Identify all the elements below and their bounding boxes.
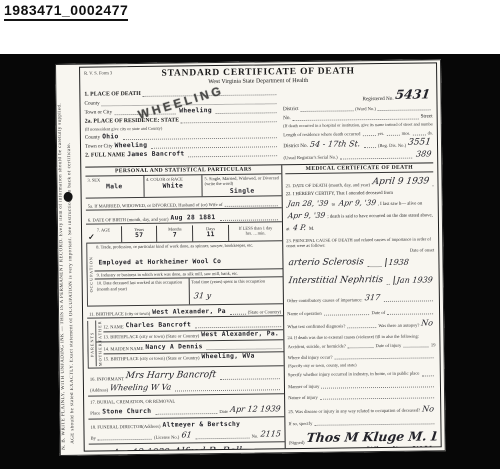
signed-label: (Signed) xyxy=(289,440,305,445)
father-side-label: FATHER xyxy=(95,320,103,342)
birthplace-sub: (State or Country) xyxy=(248,309,281,314)
dotted-leader xyxy=(230,307,246,314)
scanned-death-certificate: 1983471_0002477 N. B. WRITE PLAINLY, WIT… xyxy=(0,0,500,469)
years-value: 57 xyxy=(126,232,153,239)
nonresident-note: (If nonresident give city or state and C… xyxy=(85,124,279,131)
accident-label: Accident, suicide, or homicide? xyxy=(288,343,346,349)
scan-background: N. B. WRITE PLAINLY, WITH UNFADING INK —… xyxy=(0,54,500,469)
county-label: County xyxy=(85,134,100,140)
dotted-leader xyxy=(324,308,370,316)
autopsy-label: Was there an autopsy? xyxy=(378,322,419,328)
burial-date-value: Apr 12 1939 xyxy=(229,404,281,414)
dotted-leader xyxy=(362,129,375,136)
spouse-label: 5a. If MARRIED, WIDOWED, or DIVORCED, Hu… xyxy=(88,202,223,209)
occupation-relation-row: 25. Was disease or injury in any way rel… xyxy=(288,404,436,415)
dotted-leader xyxy=(151,140,277,149)
manner-label: Manner of injury xyxy=(288,384,319,389)
dotted-leader xyxy=(412,128,425,135)
full-name-value: James Bancroft xyxy=(127,150,184,158)
months-value: 7 xyxy=(162,231,189,238)
last-worked-label: 10. Date deceased last worked at this oc… xyxy=(95,279,189,305)
birthplace-value: West Alexander, Pa xyxy=(152,308,226,316)
physician-signature: Thos M Kluge M. D. xyxy=(306,428,437,445)
cause-1-text: arterio Sclerosis xyxy=(288,257,365,268)
residence-row: 2a. PLACE OF RESIDENCE: STATE xyxy=(85,115,279,124)
age-cell: 7. AGE ✓ xyxy=(86,226,122,243)
hrs-min-labels: hrs. …min. xyxy=(231,230,280,236)
dotted-leader xyxy=(321,380,434,388)
mother-content: 14. MAIDEN NAME Nancy A Dennis 15. BIRTH… xyxy=(103,340,283,366)
contributory-label: Other contributory causes of importance: xyxy=(287,297,363,303)
occupation-side-label: OCCUPATION xyxy=(86,243,95,305)
personal-column: PERSONAL AND STATISTICAL PARTICULARS 3. … xyxy=(85,165,286,451)
street-label: Street xyxy=(421,113,433,119)
director-no-value: 2115 xyxy=(260,429,282,438)
informant-address-value: Wheeling W Va xyxy=(110,383,173,393)
full-name-label: 2. FULL NAME xyxy=(85,152,125,158)
parents-block: PARENTS FATHER 12. NAME Charles Bancroft xyxy=(87,318,284,369)
color-value: White xyxy=(148,183,198,191)
relation-value: No xyxy=(422,404,435,413)
signed-row: (Signed) Thos M Kluge M. D. xyxy=(289,428,437,445)
license-value: 61 xyxy=(181,430,192,439)
serial-label: (Usual Registrar's Serial No.) xyxy=(284,155,338,161)
dotted-leader xyxy=(220,372,280,380)
residence-county-row: County Ohio xyxy=(85,131,279,140)
filed-date-value: Apr 12 1939 xyxy=(112,448,170,452)
operation-row: Name of operation Date of xyxy=(287,307,435,316)
burial-values-row: Place Stone Church Date Apr 12 1939 xyxy=(90,404,282,415)
date-of-death-row: 21. DATE OF DEATH (month, day, and year)… xyxy=(286,176,434,188)
dob-value: Aug 28 1881 xyxy=(170,214,215,222)
dotted-leader xyxy=(403,340,429,347)
residence-town-value: Wheeling xyxy=(115,142,148,149)
father-birthplace-label: 13. BIRTHPLACE (city or town) (State or … xyxy=(103,333,199,339)
informant-row: 16. INFORMANT Mrs Harry Bancroft xyxy=(90,369,282,381)
by-label: By xyxy=(91,436,96,441)
certify-paragraph: 22. I HEREBY CERTIFY, That I attended de… xyxy=(286,189,434,233)
license-label: (License No.) xyxy=(154,435,179,440)
father-group: FATHER 12. NAME Charles Bancroft xyxy=(95,318,283,342)
onset-header-row: Date of onset xyxy=(286,247,434,254)
years-cell: Years 57 xyxy=(122,225,158,242)
onset-label: Date of onset xyxy=(410,247,435,252)
certify-text2: I last saw h— alive on xyxy=(380,202,422,208)
serial-no-row: (Usual Registrar's Serial No.) 389 xyxy=(283,149,433,160)
dotted-leader xyxy=(347,321,376,328)
dotted-leader xyxy=(368,260,382,267)
yrs-label: yrs. xyxy=(378,131,385,136)
burial-label-row: 17. BURIAL, CREMATION, OR REMOVAL xyxy=(90,397,282,404)
residence-county-value: Ohio xyxy=(102,133,118,140)
registrar-signature: Alfred R. Bell xyxy=(173,446,242,452)
dotted-leader xyxy=(181,115,277,123)
dotted-leader xyxy=(207,342,282,350)
dotted-leader xyxy=(216,106,277,114)
dotted-leader xyxy=(387,307,433,315)
trade-value-row: Employed at Horkheimer Wool Co xyxy=(94,248,282,270)
color-cell: 4. COLOR or RACE White xyxy=(144,175,203,196)
form-number: R. V. S. Form 3 xyxy=(84,70,112,75)
marital-cell: 5. Single, Married, Widowed, or Divorced… xyxy=(202,174,281,196)
town-label: Town or City xyxy=(85,109,113,115)
director-address-label: (Address) xyxy=(142,424,160,429)
certify-from-value: Jan 28, '39 xyxy=(287,198,329,210)
test-label: What test confirmed diagnosis? xyxy=(287,323,345,329)
dotted-leader xyxy=(340,152,412,160)
total-time-label: Total time (years) spent in this occupat… xyxy=(191,279,281,285)
dotted-leader xyxy=(195,320,281,328)
sex-color-marital-block: 3. SEX Male 4. COLOR or RACE White 5. Si… xyxy=(85,174,281,198)
top-right-column: Registered No. 5431 District (Ward No.) … xyxy=(283,84,434,162)
cause-line-1: arterio Sclerosis 1938 xyxy=(286,256,434,268)
informant-address-row: (Address) Wheeling W Va xyxy=(90,381,282,392)
registered-no-label: Registered No. xyxy=(362,96,393,102)
specify-note: (Specify city or town, county, and state… xyxy=(288,361,436,368)
cause-2-date: Jan 1939 xyxy=(394,275,434,284)
sex-label: 3. SEX xyxy=(87,177,141,183)
serial-value: 389 xyxy=(415,149,431,158)
certify-to-value: Apr 9, '39 xyxy=(338,197,377,209)
filed-block: 19. FILED Apr 12 1939 Alfred R. Bell Reg… xyxy=(89,444,285,451)
manner-row: Manner of injury xyxy=(288,380,436,389)
birthplace-row: 11. BIRTHPLACE (city or town) West Alexa… xyxy=(87,306,283,318)
signature-block: (Signed) Thos M Kluge M. D. Address Whee… xyxy=(289,426,437,451)
dotted-leader xyxy=(314,417,434,425)
sex-cell: 3. SEX Male xyxy=(85,176,144,197)
occupation-block: OCCUPATION 8. Trade, profession, or part… xyxy=(86,241,283,306)
days-cell: Days 11 xyxy=(193,224,229,241)
dotted-leader xyxy=(386,129,399,136)
cause-code: 317 xyxy=(364,293,380,302)
marital-value: Single xyxy=(207,187,278,195)
funeral-director-block: 18. FUNERAL DIRECTOR (Address) Altmeyer … xyxy=(88,417,284,444)
certificate-form: R. V. S. Form 3 STANDARD CERTIFICATE OF … xyxy=(79,62,442,451)
mother-name-value: Nancy A Dennis xyxy=(145,343,202,351)
date-of-death-label: 21. DATE OF DEATH (month, day, and year) xyxy=(286,182,370,188)
director-value: Altmeyer & Bertschy xyxy=(162,421,240,429)
dob-label: 6. DATE OF BIRTH (month, day, and year) xyxy=(88,216,169,222)
cause-line-2: Interstitial Nephritis Jan 1939 xyxy=(287,274,435,286)
district-no-label: District No. xyxy=(283,143,308,149)
where-injury-row: Where did injury occur? xyxy=(288,351,436,360)
dotted-leader xyxy=(378,103,431,111)
town-label: Town or City xyxy=(85,143,113,149)
registered-no-value: 5431 xyxy=(395,86,432,101)
operation-date-label: Date of xyxy=(371,310,385,315)
medical-title: MEDICAL CERTIFICATE OF DEATH xyxy=(285,163,433,174)
mos-label: mos. xyxy=(402,131,411,136)
registered-no-row: Registered No. 5431 xyxy=(283,86,433,103)
dotted-leader xyxy=(421,369,434,376)
dotted-leader xyxy=(306,449,362,451)
injury-date-label: Date of injury xyxy=(375,343,401,348)
check-mark: ✓ xyxy=(88,232,119,241)
place-of-death-label: 1. PLACE OF DEATH xyxy=(84,91,140,98)
color-label: 4. COLOR or RACE xyxy=(146,176,200,182)
medical-column: MEDICAL CERTIFICATE OF DEATH 21. DATE OF… xyxy=(282,163,436,451)
total-time-value: 31 y xyxy=(193,291,211,300)
father-name-row: 12. NAME Charles Bancroft xyxy=(103,320,283,329)
last-worked-row: 10. Date deceased last worked at this oc… xyxy=(95,277,283,306)
dotted-leader xyxy=(188,149,277,157)
hrs-label: hrs. xyxy=(246,230,253,235)
marital-label: 5. Single, Married, Widowed, or Divorced… xyxy=(205,175,280,186)
cause-2-text: Interstitial Nephritis xyxy=(288,275,384,286)
top-section: WHEELING 1. PLACE OF DEATH County Town o… xyxy=(84,84,433,164)
operation-name-label: Name of operation xyxy=(287,310,322,315)
father-birthplace-row: 13. BIRTHPLACE (city or town) (State or … xyxy=(103,329,283,339)
place-kind-label: Specify whether injury occurred in indus… xyxy=(288,371,420,378)
mother-birthplace-label: 15. BIRTHPLACE (city or town) (State or … xyxy=(104,355,200,361)
burial-place-value: Stone Church xyxy=(102,408,151,416)
reg-dis-value: 3551 xyxy=(407,137,431,147)
dotted-leader xyxy=(348,341,374,348)
informant-label: 16. INFORMANT xyxy=(90,376,124,381)
director-license-row: By (License No.) 61 No. 2115 xyxy=(90,429,282,440)
ink-blot xyxy=(64,192,73,202)
occupation-content: 8. Trade, profession, or particular kind… xyxy=(94,241,283,305)
director-label: 18. FUNERAL DIRECTOR xyxy=(90,424,142,430)
min-label: min. xyxy=(258,230,266,235)
dotted-leader xyxy=(293,113,419,122)
margin-note-inner: AGE should be stated EXACTLY. Exact stat… xyxy=(66,104,75,444)
certify-m-label: M. xyxy=(309,226,314,231)
external-causes-label: 24. If death was due to external causes … xyxy=(287,333,435,340)
ward-note: (Ward No.) xyxy=(355,106,376,111)
less-than-day-cell: If LESS than 1 day hrs. …min. xyxy=(229,224,282,241)
district-row: District (Ward No.) xyxy=(283,103,433,112)
dotted-leader xyxy=(334,351,433,359)
if-so-label: If so, specify xyxy=(288,421,312,426)
autopsy-row: What test confirmed diagnosis? Was there… xyxy=(287,318,435,329)
no-label: No. xyxy=(283,115,291,121)
burial-place-label: Place xyxy=(90,410,100,415)
dotted-leader xyxy=(225,199,278,207)
district-label: District xyxy=(283,106,299,112)
dotted-leader xyxy=(175,383,280,391)
hospital-note: (If death occurred in a hospital or inst… xyxy=(283,121,433,128)
autopsy-value: No xyxy=(421,318,434,327)
parents-content: FATHER 12. NAME Charles Bancroft xyxy=(95,318,284,368)
father-name-label: 12. NAME xyxy=(103,324,123,329)
director-row: 18. FUNERAL DIRECTOR (Address) Altmeyer … xyxy=(90,420,282,429)
mother-side-label: MOTHER xyxy=(95,343,103,367)
dotted-leader xyxy=(98,433,152,441)
dotted-leader xyxy=(433,179,434,186)
burial-block: 17. BURIAL, CREMATION, OR REMOVAL Place … xyxy=(88,394,284,419)
date-of-death-value: April 9 1939 xyxy=(371,176,429,187)
burial-label: 17. BURIAL, CREMATION, OR REMOVAL xyxy=(90,399,175,405)
if-so-row: If so, specify xyxy=(288,417,436,426)
full-name-row: 2. FULL NAME James Bancroft xyxy=(85,149,279,158)
days-value: 11 xyxy=(197,231,224,238)
accident-row: Accident, suicide, or homicide? Date of … xyxy=(288,340,436,349)
birthplace-label: 11. BIRTHPLACE (city or town) xyxy=(89,311,150,317)
residence-district-row: District No. 54 - 17th St. (Reg. Dis. No… xyxy=(283,137,433,149)
mother-birthplace-value: Wheeling, WVa xyxy=(201,353,254,361)
place-kind-row: Specify whether injury occurred in indus… xyxy=(288,369,436,378)
form-header: R. V. S. Form 3 STANDARD CERTIFICATE OF … xyxy=(84,65,432,86)
total-time-cell: Total time (years) spent in this occupat… xyxy=(188,278,283,304)
father-name-value: Charles Bancroft xyxy=(126,321,192,329)
certify-time-value: 4 P. xyxy=(292,221,307,233)
mother-name-row: 14. MAIDEN NAME Nancy A Dennis xyxy=(103,342,283,351)
certify-to-label: to xyxy=(332,203,336,208)
mother-name-label: 14. MAIDEN NAME xyxy=(103,346,143,351)
burial-date-label: Date xyxy=(219,409,228,414)
county-label: County xyxy=(84,100,99,106)
dotted-leader xyxy=(123,131,278,140)
scan-id-label: 1983471_0002477 xyxy=(4,2,128,21)
date-of-birth-row: 6. DATE OF BIRTH (month, day, and year) … xyxy=(86,212,282,224)
informant-block: 16. INFORMANT Mrs Harry Bancroft (Addres… xyxy=(88,366,284,396)
residence-town-row: Town or City Wheeling xyxy=(85,140,279,149)
length-of-residence-row: Length of residence where death occurred… xyxy=(283,128,433,137)
residence-label: 2a. PLACE OF RESIDENCE: STATE xyxy=(85,117,180,124)
reg-dis-label: (Reg. Dis. No.) xyxy=(378,143,406,148)
physician-address-row: Address Wheeling W Va xyxy=(289,445,437,451)
certify-last-value: Apr 9, '39 xyxy=(287,210,326,222)
mother-birthplace-row: 15. BIRTHPLACE (city or town) (State or … xyxy=(104,351,284,361)
contributory-row: Other contributory causes of importance:… xyxy=(287,292,435,303)
length-label: Length of residence where death occurred xyxy=(283,131,360,137)
dotted-leader xyxy=(219,213,278,221)
spouse-row: 5a. If MARRIED, WIDOWED, or DIVORCED, Hu… xyxy=(86,198,282,210)
dotted-leader xyxy=(195,432,249,440)
nature-row: Nature of injury xyxy=(288,391,436,400)
dotted-leader xyxy=(364,141,376,148)
injury-year: 19 xyxy=(431,342,436,347)
trade-value: Employed at Horkheimer Wool Co xyxy=(98,258,221,266)
two-column-body: PERSONAL AND STATISTICAL PARTICULARS 3. … xyxy=(85,162,437,451)
director-no-label: No. xyxy=(252,434,259,439)
dotted-leader xyxy=(320,391,434,399)
nature-label: Nature of injury xyxy=(288,395,318,400)
father-content: 12. NAME Charles Bancroft 13. BIRTHPLACE… xyxy=(103,318,283,342)
ds-label: ds. xyxy=(428,130,433,135)
margin-note-outer: N. B. WRITE PLAINLY, WITH UNFADING INK —… xyxy=(57,90,66,450)
certificate-page: N. B. WRITE PLAINLY, WITH UNFADING INK —… xyxy=(55,59,446,456)
dotted-leader xyxy=(387,278,390,285)
dotted-leader xyxy=(155,407,217,415)
residence-district-value: 54 - 17th St. xyxy=(309,139,360,149)
physician-address-value: Wheeling W Va xyxy=(365,445,435,451)
sex-value: Male xyxy=(89,183,139,191)
informant-value: Mrs Harry Bancroft xyxy=(125,370,217,381)
cause-1-date: 1938 xyxy=(385,257,433,267)
father-birthplace-value: West Alexander, Pa. xyxy=(201,330,279,338)
dotted-leader xyxy=(384,294,433,302)
mother-group: MOTHER 14. MAIDEN NAME Nancy A Dennis xyxy=(95,339,283,366)
relation-label: 25. Was disease or injury in any way rel… xyxy=(288,408,420,415)
where-label: Where did injury occur? xyxy=(288,355,333,361)
dotted-leader xyxy=(300,104,353,112)
informant-address-label: (Address) xyxy=(90,387,108,392)
months-cell: Months 7 xyxy=(157,225,193,242)
street-row: No. Street xyxy=(283,112,433,121)
